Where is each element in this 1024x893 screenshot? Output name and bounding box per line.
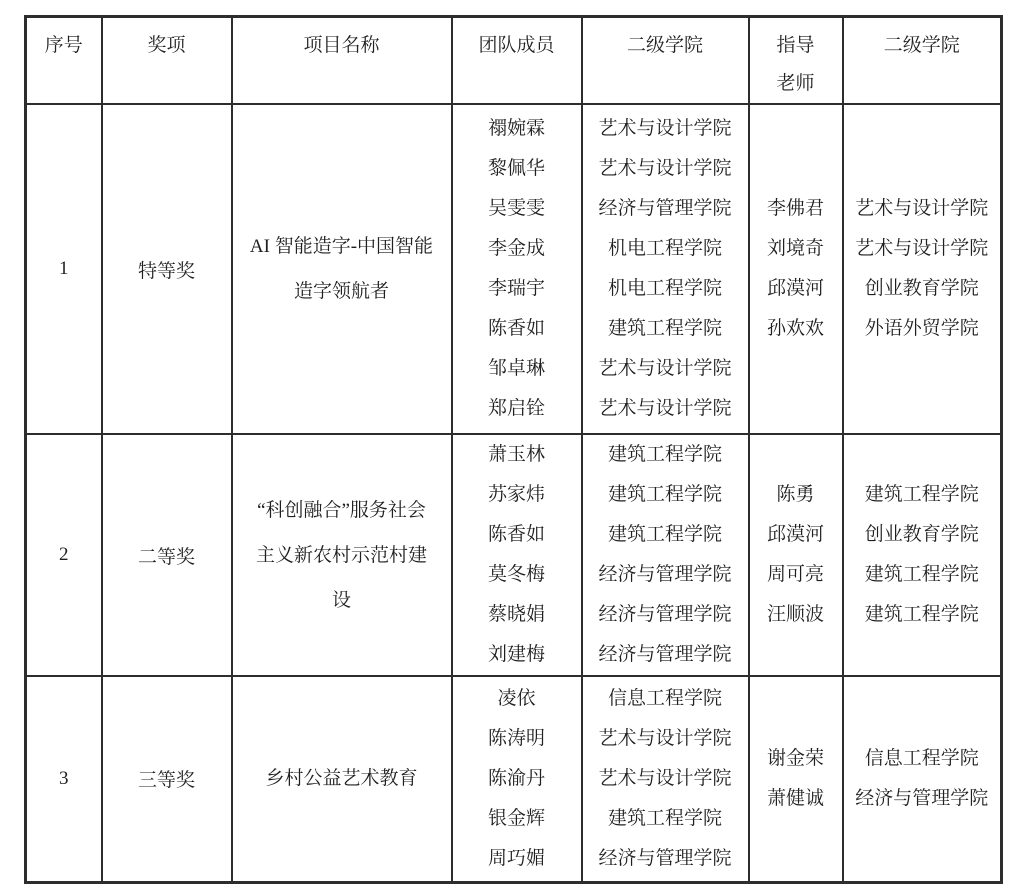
advisor-name: 谢金荣 [750,739,842,779]
advisor-name: 汪顺波 [750,595,842,635]
cell-serial-number: 1 [26,104,102,434]
advisor-college-name: 外语外贸学院 [844,309,1001,349]
cell-advisors: 陈勇邱漠河周可亮汪顺波 [749,434,843,676]
member-college-name: 艺术与设计学院 [583,719,748,759]
cell-serial-number: 3 [26,676,102,882]
team-member-name: 苏家炜 [453,475,581,515]
advisor-college-name: 建筑工程学院 [844,475,1001,515]
member-college-name: 建筑工程学院 [583,515,748,555]
advisor-name: 周可亮 [750,555,842,595]
team-member-name: 李金成 [453,229,581,269]
project-name-line: 造字领航者 [233,269,451,314]
member-college-name: 经济与管理学院 [583,555,748,595]
award-label: 特等奖 [103,256,231,283]
column-header-advisor: 指导 老师 [749,17,843,105]
team-member-name: 蔡晓娟 [453,595,581,635]
column-header-team-members: 团队成员 [452,17,582,105]
team-member-name: 银金辉 [453,799,581,839]
serial-number: 3 [27,768,101,790]
member-college-name: 机电工程学院 [583,229,748,269]
team-member-name: 凌依 [453,679,581,719]
cell-advisors: 李佛君刘境奇邱漠河孙欢欢 [749,104,843,434]
team-member-name: 陈香如 [453,309,581,349]
cell-award: 特等奖 [102,104,232,434]
team-member-name: 吴雯雯 [453,189,581,229]
table-row: 1特等奖AI 智能造字-中国智能造字领航者禤婉霖黎佩华吴雯雯李金成李瑞宇陈香如邹… [26,104,1002,434]
table-body: 1特等奖AI 智能造字-中国智能造字领航者禤婉霖黎佩华吴雯雯李金成李瑞宇陈香如邹… [26,104,1002,882]
member-college-name: 经济与管理学院 [583,635,748,675]
team-member-name: 陈渝丹 [453,759,581,799]
member-college-name: 建筑工程学院 [583,799,748,839]
awards-table: 序号 奖项 项目名称 团队成员 二级学院 指导 老师 二级学院 1特等奖AI 智… [24,15,1003,884]
member-college-name: 机电工程学院 [583,269,748,309]
advisor-college-name: 建筑工程学院 [844,555,1001,595]
member-college-name: 艺术与设计学院 [583,389,748,429]
team-member-name: 邹卓琳 [453,349,581,389]
project-name-line: 乡村公益艺术教育 [233,756,451,801]
cell-project-name: AI 智能造字-中国智能造字领航者 [232,104,452,434]
cell-member-colleges: 信息工程学院艺术与设计学院艺术与设计学院建筑工程学院经济与管理学院 [582,676,749,882]
advisor-college-name: 艺术与设计学院 [844,189,1001,229]
cell-award: 二等奖 [102,434,232,676]
advisor-college-name: 经济与管理学院 [844,779,1001,819]
member-college-name: 建筑工程学院 [583,309,748,349]
member-college-name: 艺术与设计学院 [583,759,748,799]
column-header-project-name: 项目名称 [232,17,452,105]
team-member-name: 莫冬梅 [453,555,581,595]
cell-advisor-colleges: 信息工程学院经济与管理学院 [843,676,1002,882]
serial-number: 2 [27,544,101,566]
column-header-advisor-college: 二级学院 [843,17,1002,105]
team-member-name: 禤婉霖 [453,109,581,149]
column-header-member-college: 二级学院 [582,17,749,105]
column-header-award: 奖项 [102,17,232,105]
document-page: 序号 奖项 项目名称 团队成员 二级学院 指导 老师 二级学院 1特等奖AI 智… [0,0,1024,884]
table-row: 3三等奖乡村公益艺术教育凌依陈涛明陈渝丹银金辉周巧媚信息工程学院艺术与设计学院艺… [26,676,1002,882]
team-member-name: 郑启铨 [453,389,581,429]
team-member-name: 萧玉林 [453,435,581,475]
member-college-name: 经济与管理学院 [583,839,748,879]
advisor-name: 陈勇 [750,475,842,515]
cell-advisor-colleges: 艺术与设计学院艺术与设计学院创业教育学院外语外贸学院 [843,104,1002,434]
cell-advisors: 谢金荣萧健诚 [749,676,843,882]
cell-project-name: 乡村公益艺术教育 [232,676,452,882]
project-name-line: AI 智能造字-中国智能 [233,224,451,269]
advisor-college-name: 艺术与设计学院 [844,229,1001,269]
column-header-serial-number: 序号 [26,17,102,105]
team-member-name: 陈香如 [453,515,581,555]
member-college-name: 建筑工程学院 [583,435,748,475]
award-label: 三等奖 [103,765,231,792]
cell-award: 三等奖 [102,676,232,882]
table-row: 2二等奖“科创融合”服务社会主义新农村示范村建设萧玉林苏家炜陈香如莫冬梅蔡晓娟刘… [26,434,1002,676]
cell-member-colleges: 建筑工程学院建筑工程学院建筑工程学院经济与管理学院经济与管理学院经济与管理学院 [582,434,749,676]
team-member-name: 陈涛明 [453,719,581,759]
project-name-line: 设 [233,578,451,623]
team-member-name: 黎佩华 [453,149,581,189]
advisor-name: 孙欢欢 [750,309,842,349]
member-college-name: 信息工程学院 [583,679,748,719]
cell-serial-number: 2 [26,434,102,676]
team-member-name: 李瑞宇 [453,269,581,309]
advisor-name: 刘境奇 [750,229,842,269]
advisor-name: 邱漠河 [750,515,842,555]
advisor-name: 李佛君 [750,189,842,229]
team-member-name: 周巧媚 [453,839,581,879]
advisor-name: 邱漠河 [750,269,842,309]
member-college-name: 艺术与设计学院 [583,349,748,389]
advisor-name: 萧健诚 [750,779,842,819]
serial-number: 1 [27,258,101,280]
cell-team-members: 禤婉霖黎佩华吴雯雯李金成李瑞宇陈香如邹卓琳郑启铨 [452,104,582,434]
advisor-college-name: 创业教育学院 [844,269,1001,309]
advisor-college-name: 创业教育学院 [844,515,1001,555]
cell-member-colleges: 艺术与设计学院艺术与设计学院经济与管理学院机电工程学院机电工程学院建筑工程学院艺… [582,104,749,434]
member-college-name: 经济与管理学院 [583,595,748,635]
award-label: 二等奖 [103,542,231,569]
team-member-name: 刘建梅 [453,635,581,675]
advisor-college-name: 信息工程学院 [844,739,1001,779]
member-college-name: 建筑工程学院 [583,475,748,515]
cell-team-members: 凌依陈涛明陈渝丹银金辉周巧媚 [452,676,582,882]
member-college-name: 艺术与设计学院 [583,109,748,149]
cell-project-name: “科创融合”服务社会主义新农村示范村建设 [232,434,452,676]
project-name-line: 主义新农村示范村建 [233,533,451,578]
project-name-line: “科创融合”服务社会 [233,488,451,533]
table-header-row: 序号 奖项 项目名称 团队成员 二级学院 指导 老师 二级学院 [26,17,1002,105]
advisor-college-name: 建筑工程学院 [844,595,1001,635]
cell-advisor-colleges: 建筑工程学院创业教育学院建筑工程学院建筑工程学院 [843,434,1002,676]
member-college-name: 艺术与设计学院 [583,149,748,189]
member-college-name: 经济与管理学院 [583,189,748,229]
cell-team-members: 萧玉林苏家炜陈香如莫冬梅蔡晓娟刘建梅 [452,434,582,676]
